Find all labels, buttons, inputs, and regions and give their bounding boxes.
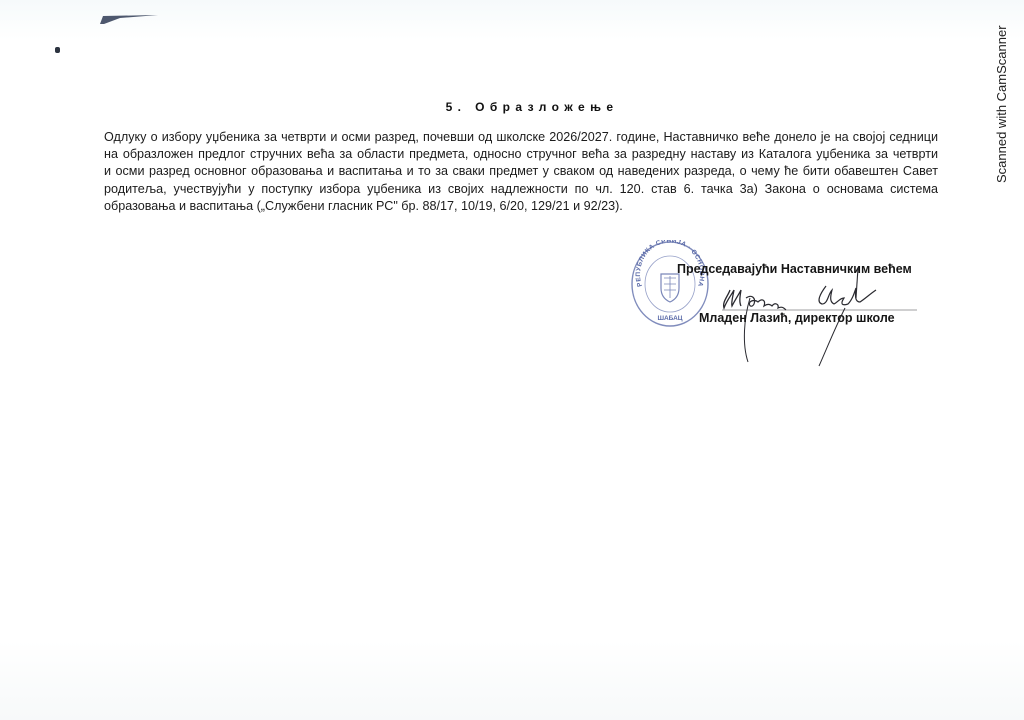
- section-heading: 5. Образложење: [0, 100, 1024, 114]
- justification-paragraph: Одлуку о избору уџбеника за четврти и ос…: [104, 129, 938, 215]
- paragraph-line: и осми разред основног образовања и васп…: [104, 163, 938, 180]
- paragraph-line: Одлуку о избору уџбеника за четврти и ос…: [104, 129, 938, 146]
- paragraph-line: образовања и васпитања („Службени гласни…: [104, 198, 938, 215]
- paragraph-line: родитеља, учествујући у поступку избора …: [104, 181, 938, 198]
- signatory-name: Младен Лазић, директор школе: [699, 311, 895, 325]
- scan-edge-artifact: [100, 14, 158, 24]
- paragraph-line: на образложен предлог стручних већа за о…: [104, 146, 938, 163]
- scan-speck: [55, 47, 60, 53]
- stamp-city: ШАБАЦ: [657, 315, 682, 322]
- coat-of-arms-icon: [661, 274, 679, 302]
- camscanner-watermark: Scanned with CamScanner: [994, 25, 1009, 183]
